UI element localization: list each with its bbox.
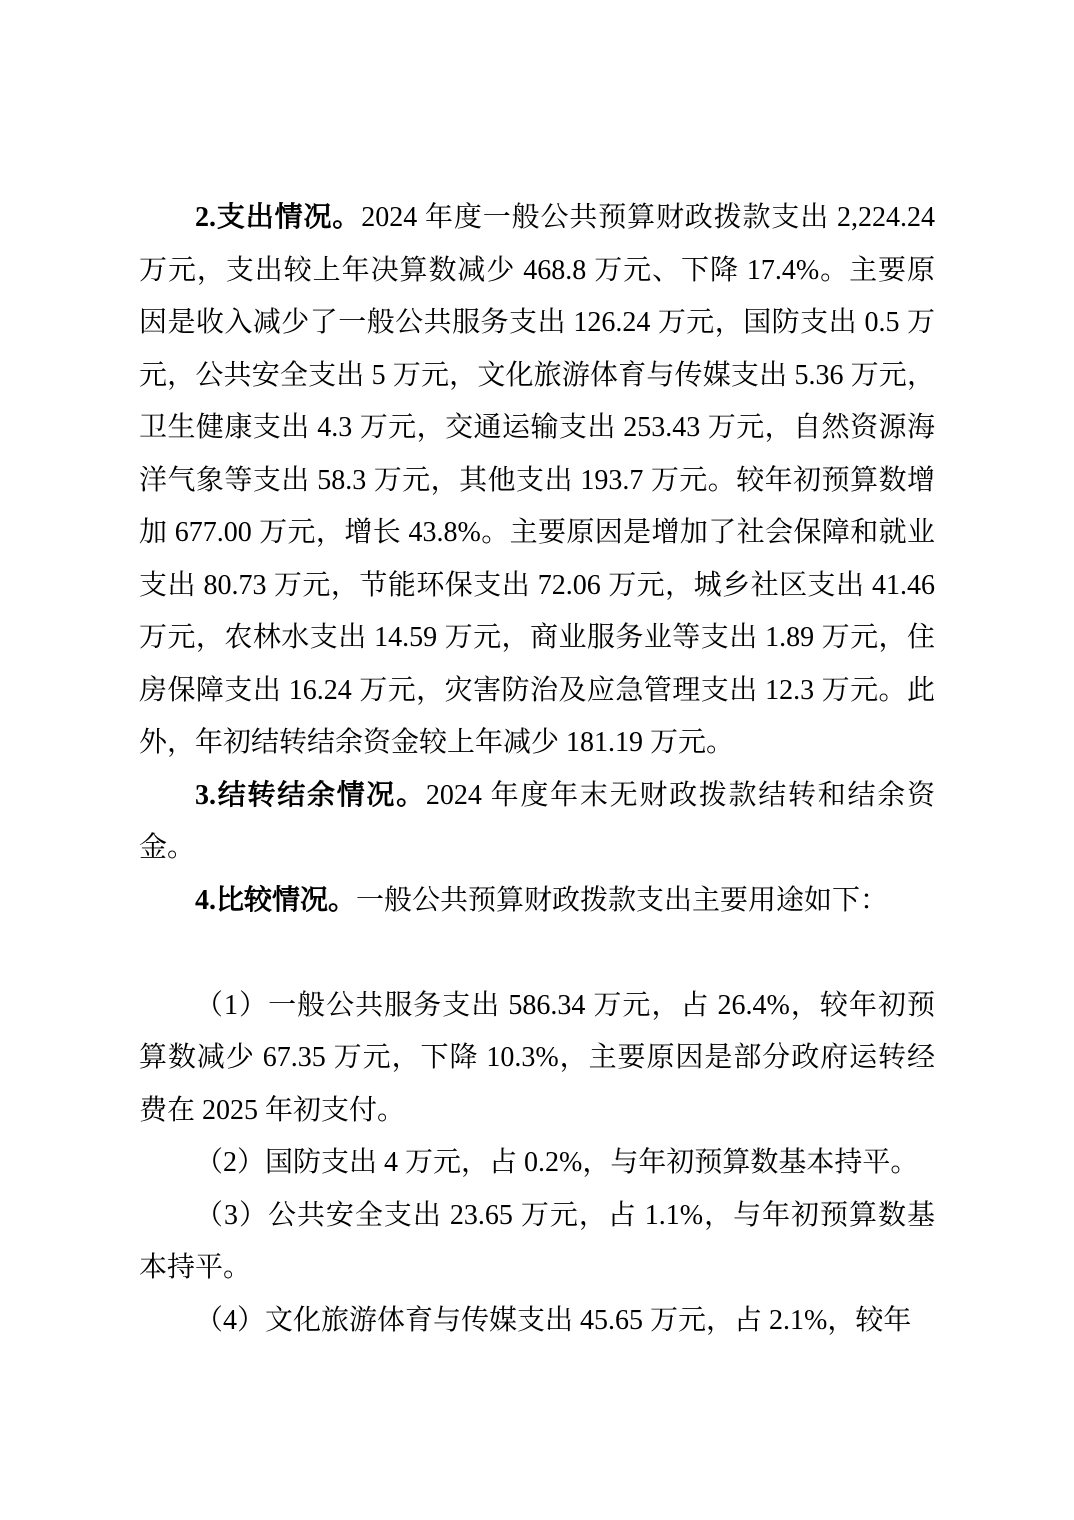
para-expenditure-overview: 2.支出情况。2024 年度一般公共预算财政拨款支出 2,224.24 万元，支… — [139, 192, 935, 770]
list-item-2-body: （2）国防支出 4 万元，占 0.2%，与年初预算数基本持平。 — [195, 1147, 918, 1178]
para-expenditure-overview-lead: 2.支出情况。 — [195, 202, 361, 233]
list-item-1-body: （1）一般公共服务支出 586.34 万元，占 26.4%，较年初预算数减少 6… — [139, 990, 935, 1126]
text-block: 2.支出情况。2024 年度一般公共预算财政拨款支出 2,224.24 万元，支… — [139, 192, 935, 1347]
list-item-4-body: （4）文化旅游体育与传媒支出 45.65 万元，占 2.1%，较年 — [195, 1305, 911, 1336]
para-expenditure-overview-body: 2024 年度一般公共预算财政拨款支出 2,224.24 万元，支出较上年决算数… — [139, 202, 935, 758]
para-carryover-balance: 3.结转结余情况。2024 年度年末无财政拨款结转和结余资金。 — [139, 770, 935, 875]
document-page: 2.支出情况。2024 年度一般公共预算财政拨款支出 2,224.24 万元，支… — [0, 0, 1074, 1520]
list-item-3-body: （3）公共安全支出 23.65 万元，占 1.1%，与年初预算数基本持平。 — [139, 1200, 935, 1284]
list-item-1-general-public-services: （1）一般公共服务支出 586.34 万元，占 26.4%，较年初预算数减少 6… — [139, 980, 935, 1138]
list-item-2-national-defense: （2）国防支出 4 万元，占 0.2%，与年初预算数基本持平。 — [139, 1137, 935, 1190]
para-comparison-intro-lead: 4.比较情况。 — [195, 885, 356, 916]
para-carryover-balance-lead: 3.结转结余情况。 — [195, 780, 426, 811]
para-comparison-intro-body: 一般公共预算财政拨款支出主要用途如下： — [356, 885, 888, 916]
list-item-3-public-safety: （3）公共安全支出 23.65 万元，占 1.1%，与年初预算数基本持平。 — [139, 1190, 935, 1295]
para-comparison-intro: 4.比较情况。一般公共预算财政拨款支出主要用途如下： — [139, 875, 935, 928]
list-item-4-culture-tourism-sports-media: （4）文化旅游体育与传媒支出 45.65 万元，占 2.1%，较年 — [139, 1295, 935, 1348]
